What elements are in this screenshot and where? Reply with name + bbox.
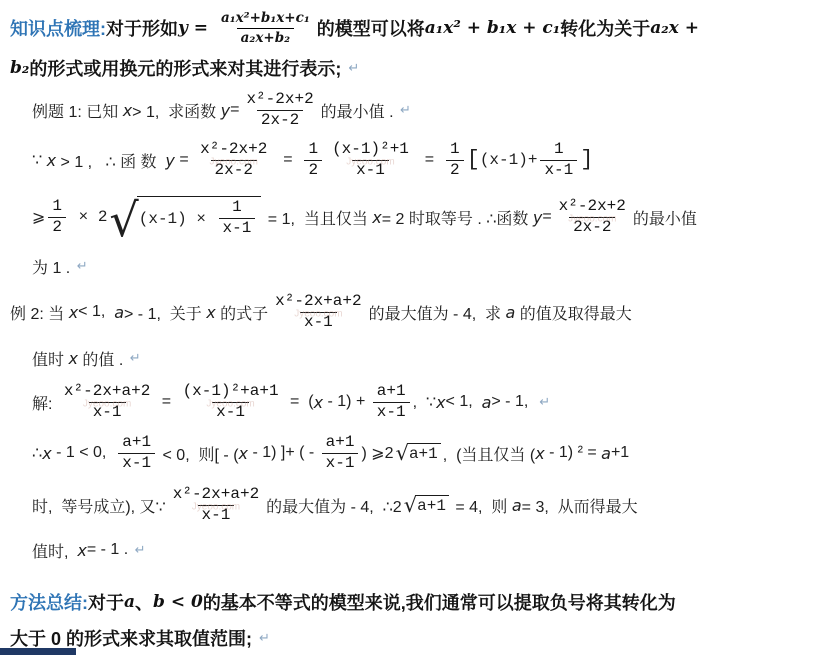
fraction: a+1x-1 [118, 434, 155, 473]
text-run: × 2 [69, 208, 107, 226]
fraction-numerator: a+1 [118, 434, 155, 453]
fraction-numerator: (x-1)²+a+1 [179, 383, 283, 402]
fraction-numerator: x²-2x+a+2 [60, 383, 154, 402]
fraction: x²-2x+a+2x-1Jyeoo.com [169, 486, 263, 525]
text-run: b₂ [10, 58, 29, 78]
text-run: ) ⩾2 [361, 443, 393, 463]
fraction-denominator: 2x-2 [569, 217, 615, 237]
text-run: < 0, 则[ - ( [158, 442, 238, 465]
return-mark: ↵ [346, 60, 359, 76]
variable: a [506, 303, 516, 322]
text-run: , ∵ [413, 392, 437, 412]
fraction-numerator: (x-1)²+1 [328, 141, 413, 160]
example1-conclusion: 为 1 . ↵ [10, 248, 819, 284]
variable: y [533, 208, 542, 227]
variable: a [482, 393, 492, 412]
fraction-numerator: a₁x²+b₁x+c₁ [217, 10, 314, 27]
document-body: 知识点梳理:对于形如y = a₁x²+b₁x+c₁a₂x+b₂的模型可以将a₁x… [0, 0, 825, 655]
text-run: = 2 时取等号 . ∴函数 [382, 206, 533, 229]
text-run: = [274, 151, 301, 169]
text-run: 的模型可以将 [317, 15, 425, 41]
variable: y [165, 151, 174, 170]
fraction: 12 [304, 141, 322, 180]
fraction: a₁x²+b₁x+c₁a₂x+b₂ [217, 10, 314, 45]
example2-statement: 例 2: 当 x< 1, a> - 1, 关于 x 的式子x²-2x+a+2x-… [10, 284, 819, 340]
text-run: < 1, [78, 303, 114, 321]
text-run: - 1) + [323, 393, 370, 411]
section-heading-label: 方法总结: [10, 589, 88, 615]
return-mark: ↵ [133, 542, 146, 558]
text-run: a+1 [417, 497, 446, 515]
fraction: x²-2x+22x-2Jyeoo.com [555, 198, 630, 237]
heading-summary-line-2: 大于 0 的形式来求其取值范围; ↵ [10, 620, 819, 655]
fraction-numerator: x²-2x+a+2 [169, 486, 263, 505]
text-run: ∵ [32, 150, 47, 170]
variable: a [601, 444, 611, 463]
heading-summary-line-1: 方法总结:对于a、b < 0的基本不等式的模型来说,我们通常可以提取负号将其转化… [10, 584, 819, 620]
radicand: (x-1) × 1x-1 [137, 196, 262, 238]
text-run: 对于形如 [106, 15, 178, 41]
fraction-denominator: x-1 [118, 453, 155, 473]
fraction-numerator: 1 [48, 198, 66, 217]
fraction-denominator: x-1 [198, 505, 235, 525]
fraction-denominator: 2 [304, 160, 322, 180]
fraction: a+1x-1 [322, 434, 359, 473]
fraction: x²-2x+a+2x-1Jyeoo.com [60, 383, 154, 422]
square-root: √a+1 [396, 443, 441, 463]
variable: x [77, 541, 86, 560]
text-run: 解: [32, 391, 57, 414]
text-run: (x-1)+ [480, 151, 538, 169]
section-heading-label: 知识点梳理: [10, 15, 106, 41]
variable: y [221, 101, 230, 120]
text-run: = ( [286, 393, 314, 411]
heading-knowledge-line-2: b₂的形式或用换元的形式来对其进行表示; ↵ [10, 50, 819, 86]
fraction: (x-1)²+1x-1Jyeoo.com [328, 141, 413, 180]
variable: x [239, 444, 248, 463]
fraction-denominator: 2x-2 [257, 110, 303, 130]
text-run: y = [178, 18, 214, 38]
text-run: 的最大值为 - 4, ∴2 [266, 494, 402, 517]
text-run: = [542, 208, 551, 226]
text-run: 、 [135, 589, 153, 615]
fraction: x²-2x+22x-2 [242, 91, 317, 130]
text-run: a [124, 592, 135, 612]
fraction-numerator: x²-2x+a+2 [271, 293, 365, 312]
text-run: 对于 [88, 589, 124, 615]
square-root: √a+1 [404, 495, 449, 515]
text-run: 值时 [32, 347, 68, 370]
example2-conclusion: 值时, x= - 1 . ↵ [10, 532, 819, 568]
variable: x [314, 393, 323, 412]
text-run: [ [467, 149, 480, 171]
text-run: 的最小值 . [321, 99, 398, 122]
fraction: 12 [446, 141, 464, 180]
fraction-numerator: 1 [446, 141, 464, 160]
return-mark: ↵ [75, 258, 88, 274]
fraction: x²-2x+a+2x-1Jyeoo.com [271, 293, 365, 332]
text-run: 的最小值 [633, 206, 697, 229]
square-root: √(x-1) × 1x-1 [109, 196, 261, 238]
example1-statement: 例题 1: 已知 x> 1, 求函数 y=x²-2x+22x-2的最小值 . ↵ [10, 86, 819, 134]
example1-step-2: ⩾12 × 2√(x-1) × 1x-1 = 1, 当且仅当 x= 2 时取等号… [10, 186, 819, 248]
return-mark: ↵ [128, 350, 141, 366]
text-run: - 1 < 0, [52, 444, 116, 462]
radicand: a+1 [407, 443, 441, 463]
text-run: 时, 等号成立), 又∵ [32, 494, 166, 517]
radical-sign: √ [109, 201, 138, 241]
variable: x [42, 444, 51, 463]
text-run: a₁x² + b₁x + c₁ [425, 18, 560, 38]
text-run: - 1) ]+ ( - [248, 444, 319, 462]
fraction-numerator: x²-2x+2 [196, 141, 271, 160]
variable: x [68, 349, 77, 368]
variable: x [372, 208, 381, 227]
text-run: 的值及取得最大 [515, 301, 631, 324]
fraction-denominator: x-1 [373, 402, 410, 422]
text-run: 的基本不等式的模型来说,我们通常可以提取负号将其转化为 [203, 589, 676, 615]
fraction-numerator: 1 [304, 141, 322, 160]
radical-sign: √ [404, 496, 417, 516]
text-run: > 1 , ∴ 函 数 [56, 149, 165, 172]
fraction-numerator: x²-2x+2 [555, 198, 630, 217]
variable: a [512, 496, 522, 515]
fraction-denominator: 2x-2 [211, 160, 257, 180]
radical-sign: √ [396, 444, 409, 464]
return-mark: ↵ [257, 630, 270, 646]
text-run: 例 2: 当 [10, 301, 69, 324]
radicand: a+1 [415, 495, 449, 515]
text-run: 的最大值为 - 4, 求 [369, 301, 506, 324]
variable: x [47, 151, 56, 170]
text-run: = - 1 . [87, 541, 133, 559]
fraction: 1x-1 [219, 199, 256, 238]
text-run: a₂x + [650, 18, 699, 38]
example2-solution-2: ∴x - 1 < 0, a+1x-1 < 0, 则[ - (x - 1) ]+ … [10, 428, 819, 478]
fraction-denominator: a₂x+b₂ [237, 28, 294, 46]
variable: x [436, 393, 445, 412]
text-run: = 4, 则 [451, 494, 512, 517]
text-run: ] [580, 149, 593, 171]
text-run: b < 0 [153, 592, 203, 612]
example2-solution-3: 时, 等号成立), 又∵x²-2x+a+2x-1Jyeoo.com的最大值为 -… [10, 478, 819, 532]
fraction-denominator: x-1 [89, 402, 126, 422]
return-mark: ↵ [537, 394, 550, 410]
fraction: 12 [48, 198, 66, 237]
fraction-numerator: a+1 [373, 383, 410, 402]
text-run: - 1) ² = [545, 444, 601, 462]
fraction: (x-1)²+a+1x-1Jyeoo.com [179, 383, 283, 422]
text-run: > 1, 求函数 [132, 99, 220, 122]
fraction-denominator: 2 [48, 217, 66, 237]
return-mark: ↵ [398, 102, 411, 118]
heading-knowledge-line-1: 知识点梳理:对于形如y = a₁x²+b₁x+c₁a₂x+b₂的模型可以将a₁x… [10, 6, 819, 50]
text-run: = [175, 151, 193, 169]
text-run: = 3, 从而得最大 [522, 494, 638, 517]
variable: x [123, 101, 132, 120]
fraction: x²-2x+22x-2Jyeoo.com [196, 141, 271, 180]
fraction-denominator: 2 [446, 160, 464, 180]
bottom-left-accent-bar [0, 648, 76, 655]
fraction-numerator: 1 [228, 199, 246, 218]
text-run: +1 [611, 444, 629, 462]
fraction-denominator: x-1 [540, 160, 577, 180]
text-run: = 1, 当且仅当 [263, 206, 372, 229]
text-run: 例题 1: 已知 [32, 99, 123, 122]
fraction-denominator: x-1 [300, 312, 337, 332]
fraction-numerator: x²-2x+2 [242, 91, 317, 110]
text-run: 为 1 . [32, 255, 75, 278]
text-run: = [230, 101, 239, 119]
fraction-numerator: a+1 [322, 434, 359, 453]
fraction-denominator: x-1 [219, 218, 256, 238]
fraction-denominator: x-1 [352, 160, 389, 180]
variable: x [535, 444, 544, 463]
text-run: (x-1) × [139, 210, 216, 228]
variable: x [69, 303, 78, 322]
text-run: 的值 . [78, 347, 128, 370]
fraction-denominator: x-1 [322, 453, 359, 473]
fraction: 1x-1 [540, 141, 577, 180]
variable: a [114, 303, 124, 322]
text-run: , (当且仅当 ( [443, 442, 535, 465]
text-run: < 1, [446, 393, 482, 411]
text-run: 的形式或用换元的形式来对其进行表示; [29, 55, 346, 81]
text-run: > - 1, 关于 [124, 301, 206, 324]
text-run: = [416, 151, 443, 169]
variable: x [206, 303, 215, 322]
text-run: 的式子 [216, 301, 268, 324]
text-run: = [157, 393, 175, 411]
text-run: ∴ [32, 443, 42, 463]
fraction-denominator: x-1 [212, 402, 249, 422]
text-run: a+1 [409, 445, 438, 463]
fraction: a+1x-1 [373, 383, 410, 422]
example1-step-1: ∵ x > 1 , ∴ 函 数 y = x²-2x+22x-2Jyeoo.com… [10, 134, 819, 186]
text-run: 值时, [32, 539, 77, 562]
text-run: 转化为关于 [560, 15, 650, 41]
example2-solution-1: 解: x²-2x+a+2x-1Jyeoo.com = (x-1)²+a+1x-1… [10, 376, 819, 428]
text-run: ⩾ [32, 207, 45, 227]
example2-statement-2: 值时 x 的值 . ↵ [10, 340, 819, 376]
text-run: > - 1, [491, 393, 537, 411]
fraction-numerator: 1 [550, 141, 568, 160]
